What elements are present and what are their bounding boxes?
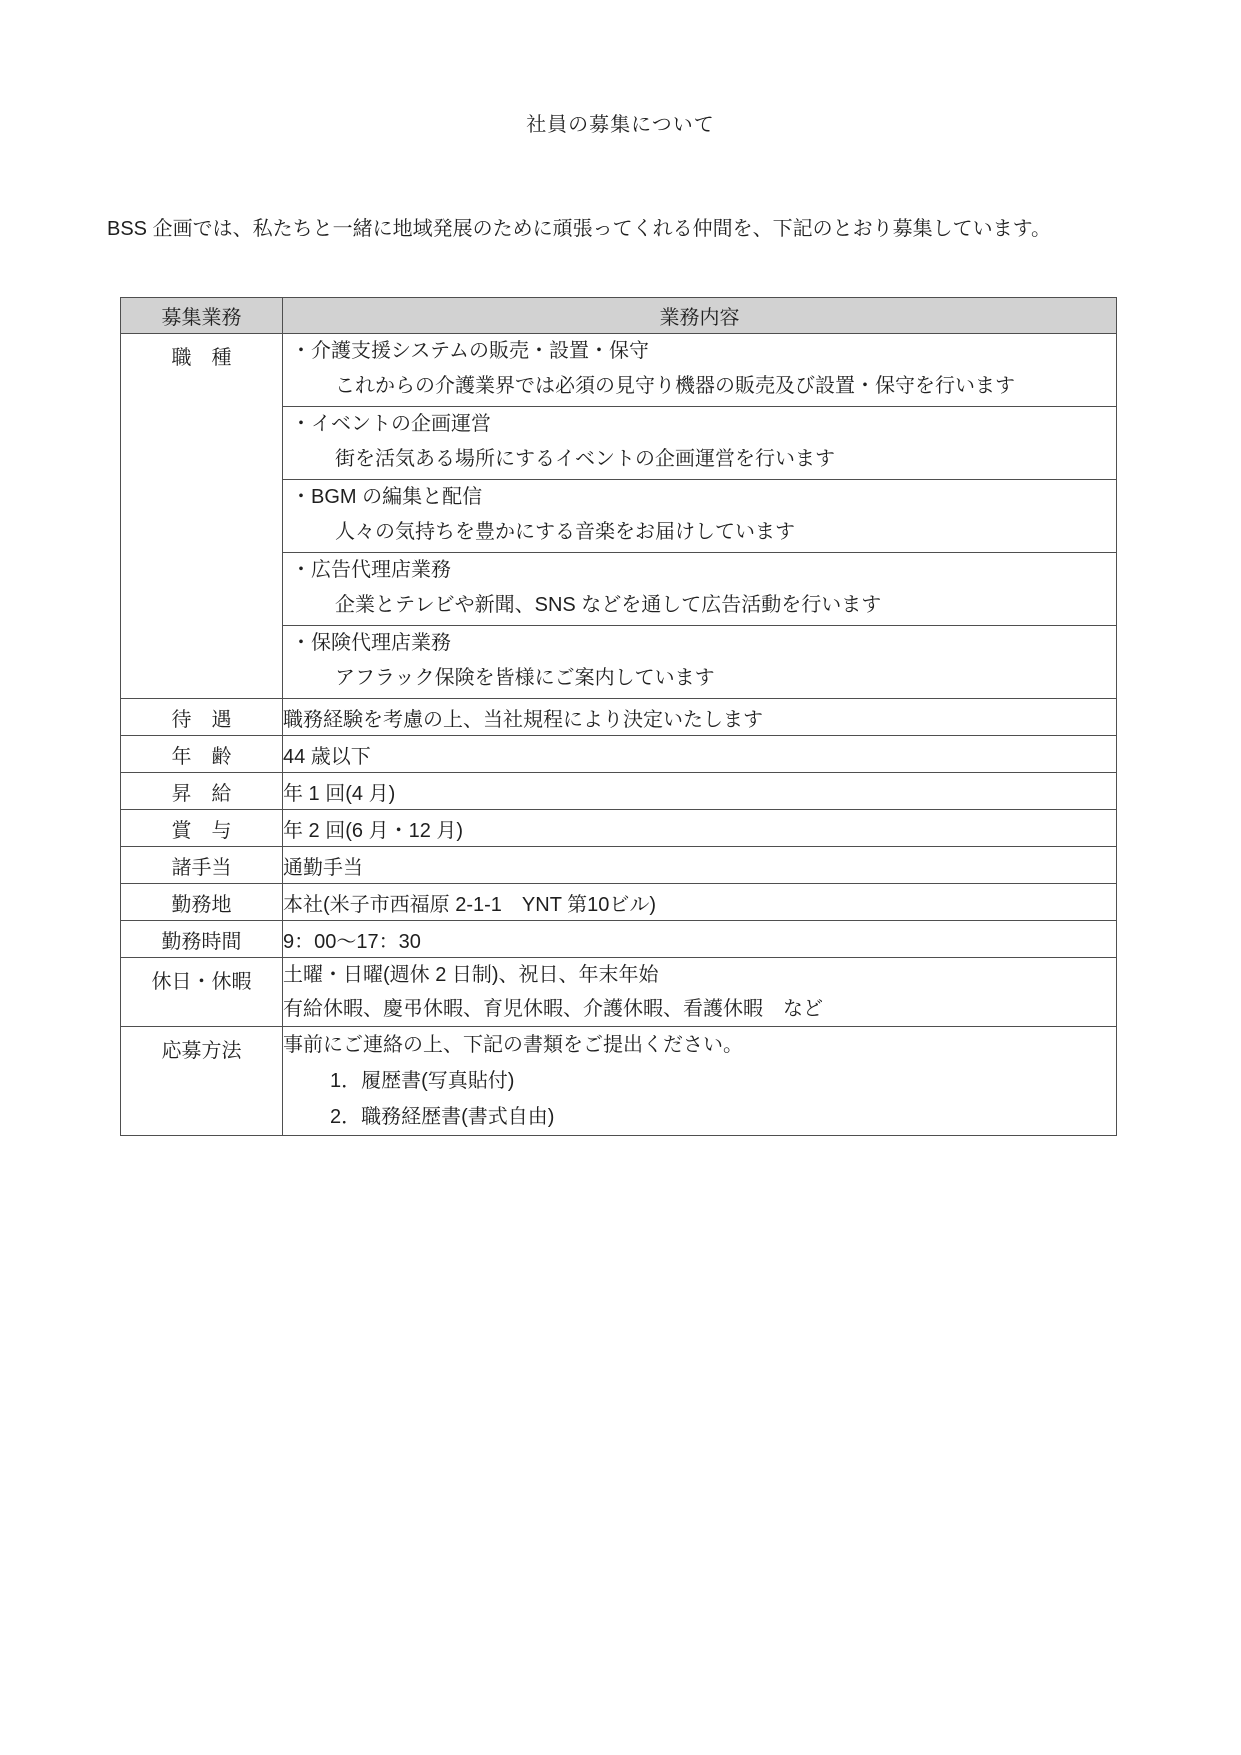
row-label-age: 年 齢 [121, 736, 283, 773]
apply-document-2: 2．職務経歴書(書式自由) [283, 1099, 1116, 1135]
row-label-bonus: 賞 与 [121, 810, 283, 847]
job-title: ・介護支援システムの販売・設置・保守 [283, 334, 1116, 369]
row-value-raise: 年 1 回(4 月) [283, 773, 1117, 810]
table-header-row: 募集業務 業務内容 [121, 298, 1117, 334]
job-title: ・BGM の編集と配信 [283, 480, 1116, 515]
document-title: 社員の募集について [0, 108, 1241, 137]
job-item-ad-agency: ・広告代理店業務 企業とテレビや新聞、SNS などを通して広告活動を行います [283, 553, 1117, 626]
table-row: 賞 与 年 2 回(6 月・12 月) [121, 810, 1117, 847]
row-value-holidays: 土曜・日曜(週休 2 日制)、祝日、年末年始 有給休暇、慶弔休暇、育児休暇、介護… [283, 958, 1117, 1027]
apply-instruction: 事前にご連絡の上、下記の書類をご提出ください。 [283, 1027, 1116, 1063]
job-item-insurance-agency: ・保険代理店業務 アフラック保険を皆様にご案内しています [283, 626, 1117, 699]
holidays-line2: 有給休暇、慶弔休暇、育児休暇、介護休暇、看護休暇 など [283, 992, 1116, 1026]
row-label-hours: 勤務時間 [121, 921, 283, 958]
job-detail: アフラック保険を皆様にご案内しています [283, 661, 1116, 696]
table-row: 昇 給 年 1 回(4 月) [121, 773, 1117, 810]
column-header-gyomu-naiyo: 業務内容 [283, 298, 1117, 334]
job-detail: 人々の気持ちを豊かにする音楽をお届けしています [283, 515, 1116, 550]
row-value-apply: 事前にご連絡の上、下記の書類をご提出ください。 1．履歴書(写真貼付) 2．職務… [283, 1027, 1117, 1136]
row-label-job-type: 職 種 [121, 334, 283, 699]
job-title: ・イベントの企画運営 [283, 407, 1116, 442]
table-row: 待 遇 職務経験を考慮の上、当社規程により決定いたします [121, 699, 1117, 736]
row-label-workplace: 勤務地 [121, 884, 283, 921]
apply-document-1: 1．履歴書(写真貼付) [283, 1063, 1116, 1099]
row-value-hours: 9：00～17：30 [283, 921, 1117, 958]
row-value-age: 44 歳以下 [283, 736, 1117, 773]
table-row: 職 種 ・介護支援システムの販売・設置・保守 これからの介護業界では必須の見守り… [121, 334, 1117, 407]
row-value-allowances: 通勤手当 [283, 847, 1117, 884]
job-title: ・保険代理店業務 [283, 626, 1116, 661]
recruitment-table: 募集業務 業務内容 職 種 ・介護支援システムの販売・設置・保守 これからの介護… [120, 297, 1117, 1136]
job-item-bgm: ・BGM の編集と配信 人々の気持ちを豊かにする音楽をお届けしています [283, 480, 1117, 553]
table-row: 勤務時間 9：00～17：30 [121, 921, 1117, 958]
holidays-line1: 土曜・日曜(週休 2 日制)、祝日、年末年始 [283, 958, 1116, 992]
intro-paragraph: BSS 企画では、私たちと一緒に地域発展のために頑張ってくれる仲間を、下記のとお… [107, 214, 1137, 244]
job-detail: 企業とテレビや新聞、SNS などを通して広告活動を行います [283, 588, 1116, 623]
table-row: 年 齢 44 歳以下 [121, 736, 1117, 773]
row-label-apply: 応募方法 [121, 1027, 283, 1136]
row-value-bonus: 年 2 回(6 月・12 月) [283, 810, 1117, 847]
table-row: 勤務地 本社(米子市西福原 2-1-1 YNT 第10ビル) [121, 884, 1117, 921]
job-detail: 街を活気ある場所にするイベントの企画運営を行います [283, 442, 1116, 477]
job-item-care-system: ・介護支援システムの販売・設置・保守 これからの介護業界では必須の見守り機器の販… [283, 334, 1117, 407]
table-row: 応募方法 事前にご連絡の上、下記の書類をご提出ください。 1．履歴書(写真貼付)… [121, 1027, 1117, 1136]
row-value-treatment: 職務経験を考慮の上、当社規程により決定いたします [283, 699, 1117, 736]
row-label-allowances: 諸手当 [121, 847, 283, 884]
row-label-holidays: 休日・休暇 [121, 958, 283, 1027]
column-header-boshu-gyomu: 募集業務 [121, 298, 283, 334]
row-label-raise: 昇 給 [121, 773, 283, 810]
job-detail: これからの介護業界では必須の見守り機器の販売及び設置・保守を行います [283, 369, 1116, 404]
job-title: ・広告代理店業務 [283, 553, 1116, 588]
job-item-event: ・イベントの企画運営 街を活気ある場所にするイベントの企画運営を行います [283, 407, 1117, 480]
table-row: 休日・休暇 土曜・日曜(週休 2 日制)、祝日、年末年始 有給休暇、慶弔休暇、育… [121, 958, 1117, 1027]
table-row: 諸手当 通勤手当 [121, 847, 1117, 884]
row-label-treatment: 待 遇 [121, 699, 283, 736]
row-value-workplace: 本社(米子市西福原 2-1-1 YNT 第10ビル) [283, 884, 1117, 921]
